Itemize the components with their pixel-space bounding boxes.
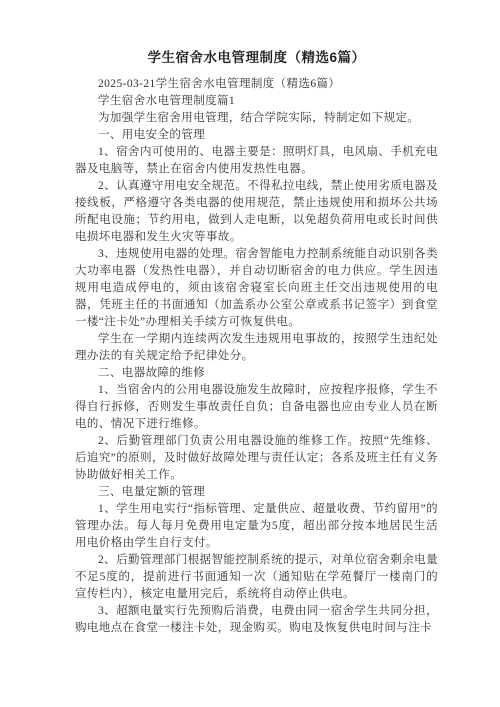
paragraph: 1、宿舍内可使用的、电器主要是：照明灯具，电风扇、手机充电器及电脑等，禁止在宿舍… xyxy=(75,144,438,178)
paragraph: 2、后勤管理部门负责公用电器设施的维修工作。按照“先维修、后追究”的原则，及时做… xyxy=(75,433,438,484)
document-page: 学生宿舍水电管理制度（精选6篇） 2025-03-21学生宿舍水电管理制度（精选… xyxy=(0,0,500,707)
doc-date-line: 2025-03-21学生宿舍水电管理制度（精选6篇） xyxy=(75,76,438,93)
doc-subtitle: 学生宿舍水电管理制度篇1 xyxy=(75,93,438,110)
paragraph: 1、学生用电实行“指标管理、定量供应、超量收费、节约留用”的管理办法。每人每月免… xyxy=(75,501,438,552)
paragraph-truncated: 3、超额电量实行先预购后消费，电费由同一宿舍学生共同分担，购电地点在食堂一楼注卡… xyxy=(75,603,438,637)
doc-intro: 为加强学生宿舍用电管理，结合学院实际，特制定如下规定。 xyxy=(75,110,438,127)
paragraph: 3、违规使用电器的处理。宿舍智能电力控制系统能自动识别各类大功率电器（发热性电器… xyxy=(75,246,438,331)
document-body: 2025-03-21学生宿舍水电管理制度（精选6篇） 学生宿舍水电管理制度篇1 … xyxy=(75,76,438,637)
section-2-heading: 二、电器故障的维修 xyxy=(75,365,438,382)
document-title: 学生宿舍水电管理制度（精选6篇） xyxy=(75,49,438,67)
section-3-heading: 三、电量定额的管理 xyxy=(75,484,438,501)
paragraph: 学生在一学期内连续两次发生违规用电事故的，按照学生违纪处理办法的有关规定给予纪律… xyxy=(75,331,438,365)
section-1-heading: 一、用电安全的管理 xyxy=(75,127,438,144)
paragraph: 2、认真遵守用电安全规范。不得私拉电线，禁止使用劣质电器及接线板，严格遵守各类电… xyxy=(75,178,438,246)
paragraph: 2、后勤管理部门根据智能控制系统的提示，对单位宿舍剩余电量不足5度的，提前进行书… xyxy=(75,552,438,603)
paragraph: 1、当宿舍内的公用电器设施发生故障时，应按程序报修，学生不得自行拆修，否则发生事… xyxy=(75,382,438,433)
